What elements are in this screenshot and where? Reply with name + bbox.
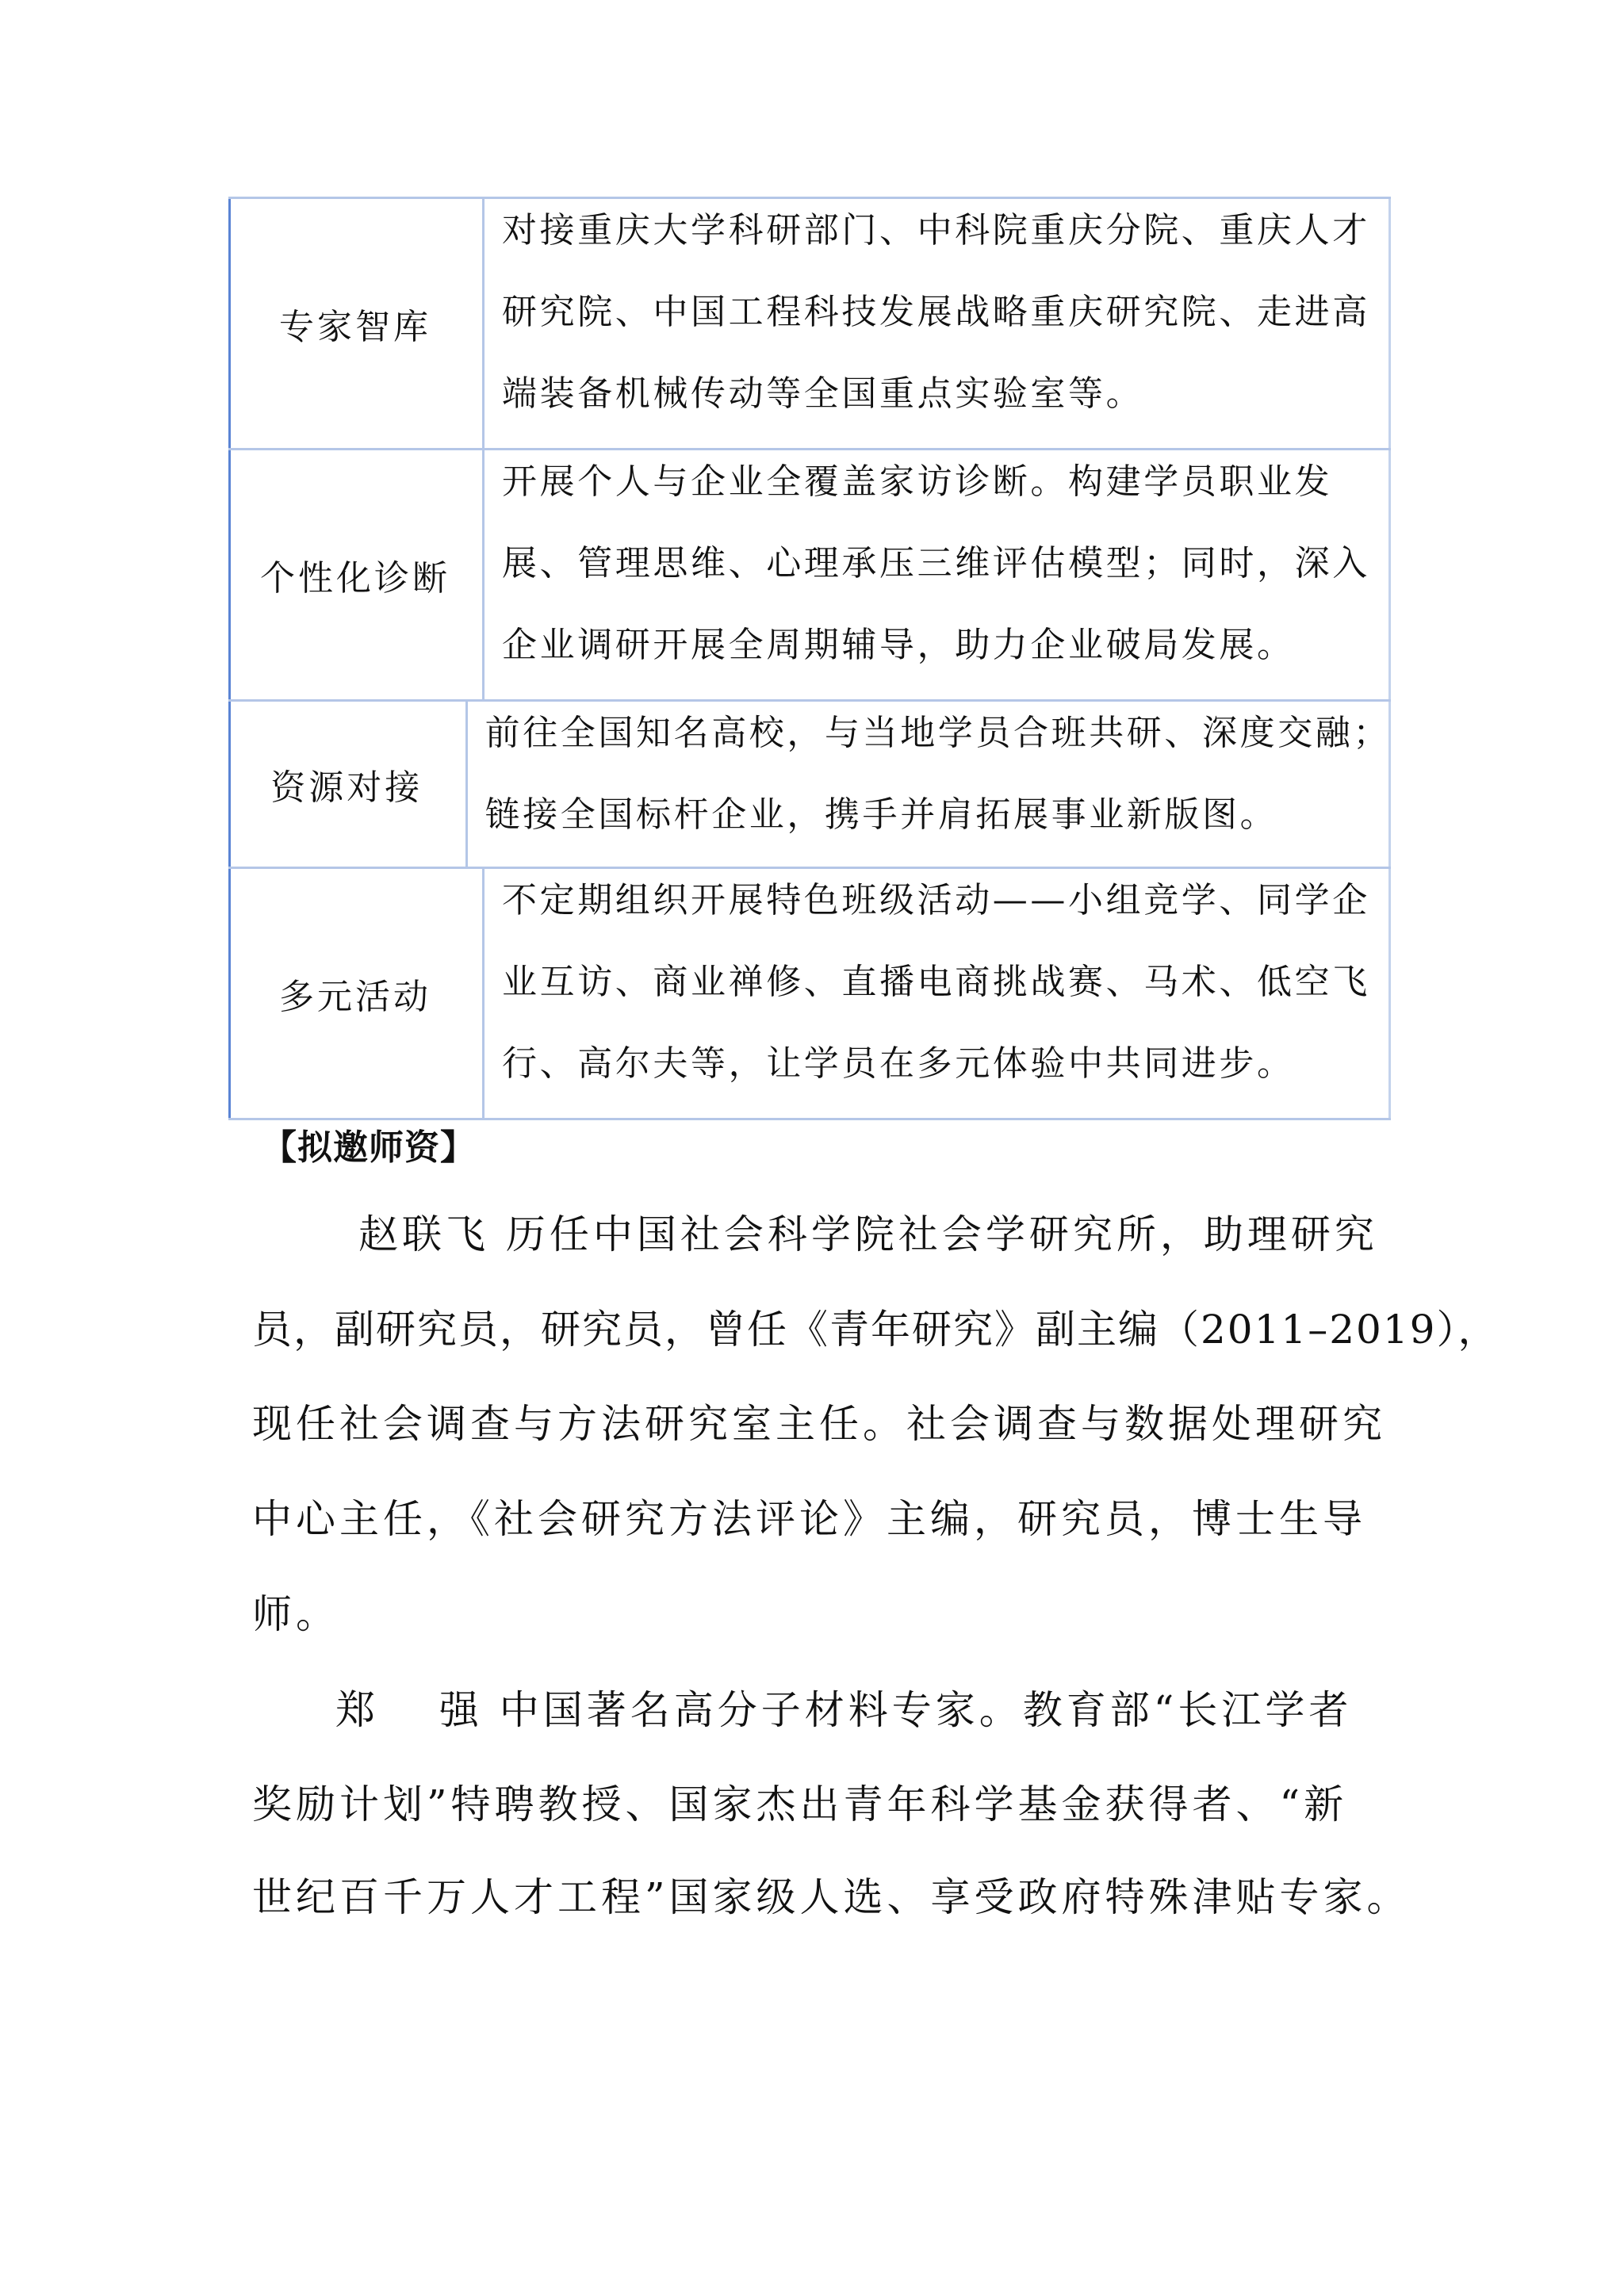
description-line: 链接全国标杆企业，携手并肩拓展事业新版图。	[485, 774, 1391, 855]
description-line: 业互访、商业禅修、直播电商挑战赛、马术、低空飞	[502, 941, 1391, 1023]
row-label: 资源对接	[228, 702, 468, 867]
row-description: 前往全国知名高校，与当地学员合班共研、深度交融； 链接全国标杆企业，携手并肩拓展…	[468, 702, 1391, 867]
description-line: 企业调研开展全周期辅导，助力企业破局发展。	[502, 604, 1391, 686]
table-row-resource-matching: 资源对接 前往全国知名高校，与当地学员合班共研、深度交融； 链接全国标杆企业，携…	[228, 699, 1391, 867]
bio-line: 师。	[252, 1590, 339, 1638]
document-page: 专家智库 对接重庆大学科研部门、中科院重庆分院、重庆人才 研究院、中国工程科技发…	[0, 0, 1624, 2296]
table-row-personalized-diagnosis: 个性化诊断 开展个人与企业全覆盖家访诊断。构建学员职业发 展、管理思维、心理承压…	[228, 448, 1391, 699]
row-description: 不定期组织开展特色班级活动——小组竞学、同学企 业互访、商业禅修、直播电商挑战赛…	[485, 869, 1391, 1118]
description-line: 研究院、中国工程科技发展战略重庆研究院、走进高	[502, 271, 1391, 353]
description-line: 前往全国知名高校，与当地学员合班共研、深度交融；	[485, 692, 1391, 774]
row-description: 开展个人与企业全覆盖家访诊断。构建学员职业发 展、管理思维、心理承压三维评估模型…	[485, 450, 1391, 699]
row-label: 个性化诊断	[228, 450, 485, 699]
row-label: 多元活动	[228, 869, 485, 1118]
bio-line: 中心主任，《社会研究方法评论》主编，研究员，博士生导	[252, 1495, 1366, 1543]
program-features-table: 专家智库 对接重庆大学科研部门、中科院重庆分院、重庆人才 研究院、中国工程科技发…	[228, 197, 1391, 1120]
table-row-expert-think-tank: 专家智库 对接重庆大学科研部门、中科院重庆分院、重庆人才 研究院、中国工程科技发…	[228, 197, 1391, 448]
bio-line: 郑 强 中国著名高分子材料专家。教育部“长江学者	[335, 1686, 1352, 1734]
row-description: 对接重庆大学科研部门、中科院重庆分院、重庆人才 研究院、中国工程科技发展战略重庆…	[485, 199, 1391, 448]
description-line: 不定期组织开展特色班级活动——小组竞学、同学企	[502, 859, 1391, 941]
bio-line: 员，副研究员，研究员，曾任《青年研究》副主编（2011–2019），	[252, 1306, 1500, 1353]
bio-line: 赵联飞 历任中国社会科学院社会学研究所，助理研究	[358, 1211, 1378, 1258]
bio-line: 奖励计划”特聘教授、国家杰出青年科学基金获得者、“新	[252, 1781, 1347, 1828]
description-line: 对接重庆大学科研部门、中科院重庆分院、重庆人才	[502, 189, 1391, 271]
row-label: 专家智库	[228, 199, 485, 448]
description-line: 端装备机械传动等全国重点实验室等。	[502, 353, 1391, 434]
section-heading-invited-faculty: 【拟邀师资】	[262, 1124, 476, 1172]
bio-line: 世纪百千万人才工程”国家级人选、享受政府特殊津贴专家。	[252, 1873, 1411, 1921]
bio-line: 现任社会调查与方法研究室主任。社会调查与数据处理研究	[252, 1400, 1386, 1448]
table-row-diverse-activities: 多元活动 不定期组织开展特色班级活动——小组竞学、同学企 业互访、商业禅修、直播…	[228, 867, 1391, 1120]
description-line: 开展个人与企业全覆盖家访诊断。构建学员职业发	[502, 441, 1391, 522]
description-line: 行、高尔夫等，让学员在多元体验中共同进步。	[502, 1023, 1391, 1104]
description-line: 展、管理思维、心理承压三维评估模型；同时，深入	[502, 522, 1391, 604]
